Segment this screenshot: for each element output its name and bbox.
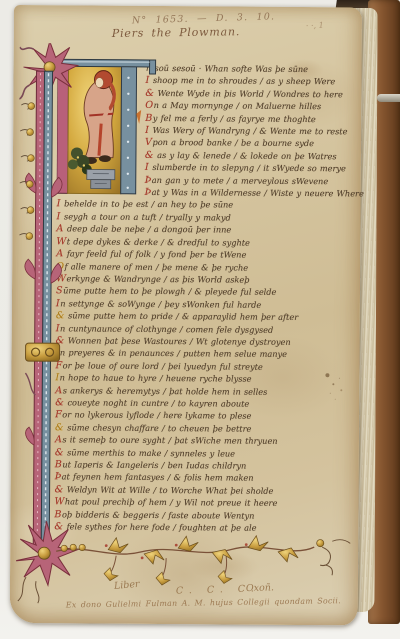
illuminated-border bbox=[16, 43, 360, 611]
manuscript-photograph: N° 1653. — D. 3. 10. · ·, 1 Piers the Pl… bbox=[0, 0, 400, 639]
shelfmark-inscription: N° 1653. — D. 3. 10. bbox=[132, 11, 276, 26]
border-bottom-flower bbox=[16, 521, 79, 603]
liber-word: Liber bbox=[114, 579, 140, 592]
liber-word: Oxoñ. bbox=[246, 582, 274, 594]
gold-ball-ornaments bbox=[19, 103, 34, 240]
title-inscription: Piers the Plowman. bbox=[112, 25, 240, 40]
parchment-page: N° 1653. — D. 3. 10. · ·, 1 Piers the Pl… bbox=[10, 5, 362, 625]
border-vertical-bar bbox=[33, 71, 52, 549]
bottom-sprig bbox=[56, 534, 350, 586]
faint-pencil-marks: · ·, 1 bbox=[306, 21, 324, 31]
binding-rod bbox=[377, 94, 400, 102]
